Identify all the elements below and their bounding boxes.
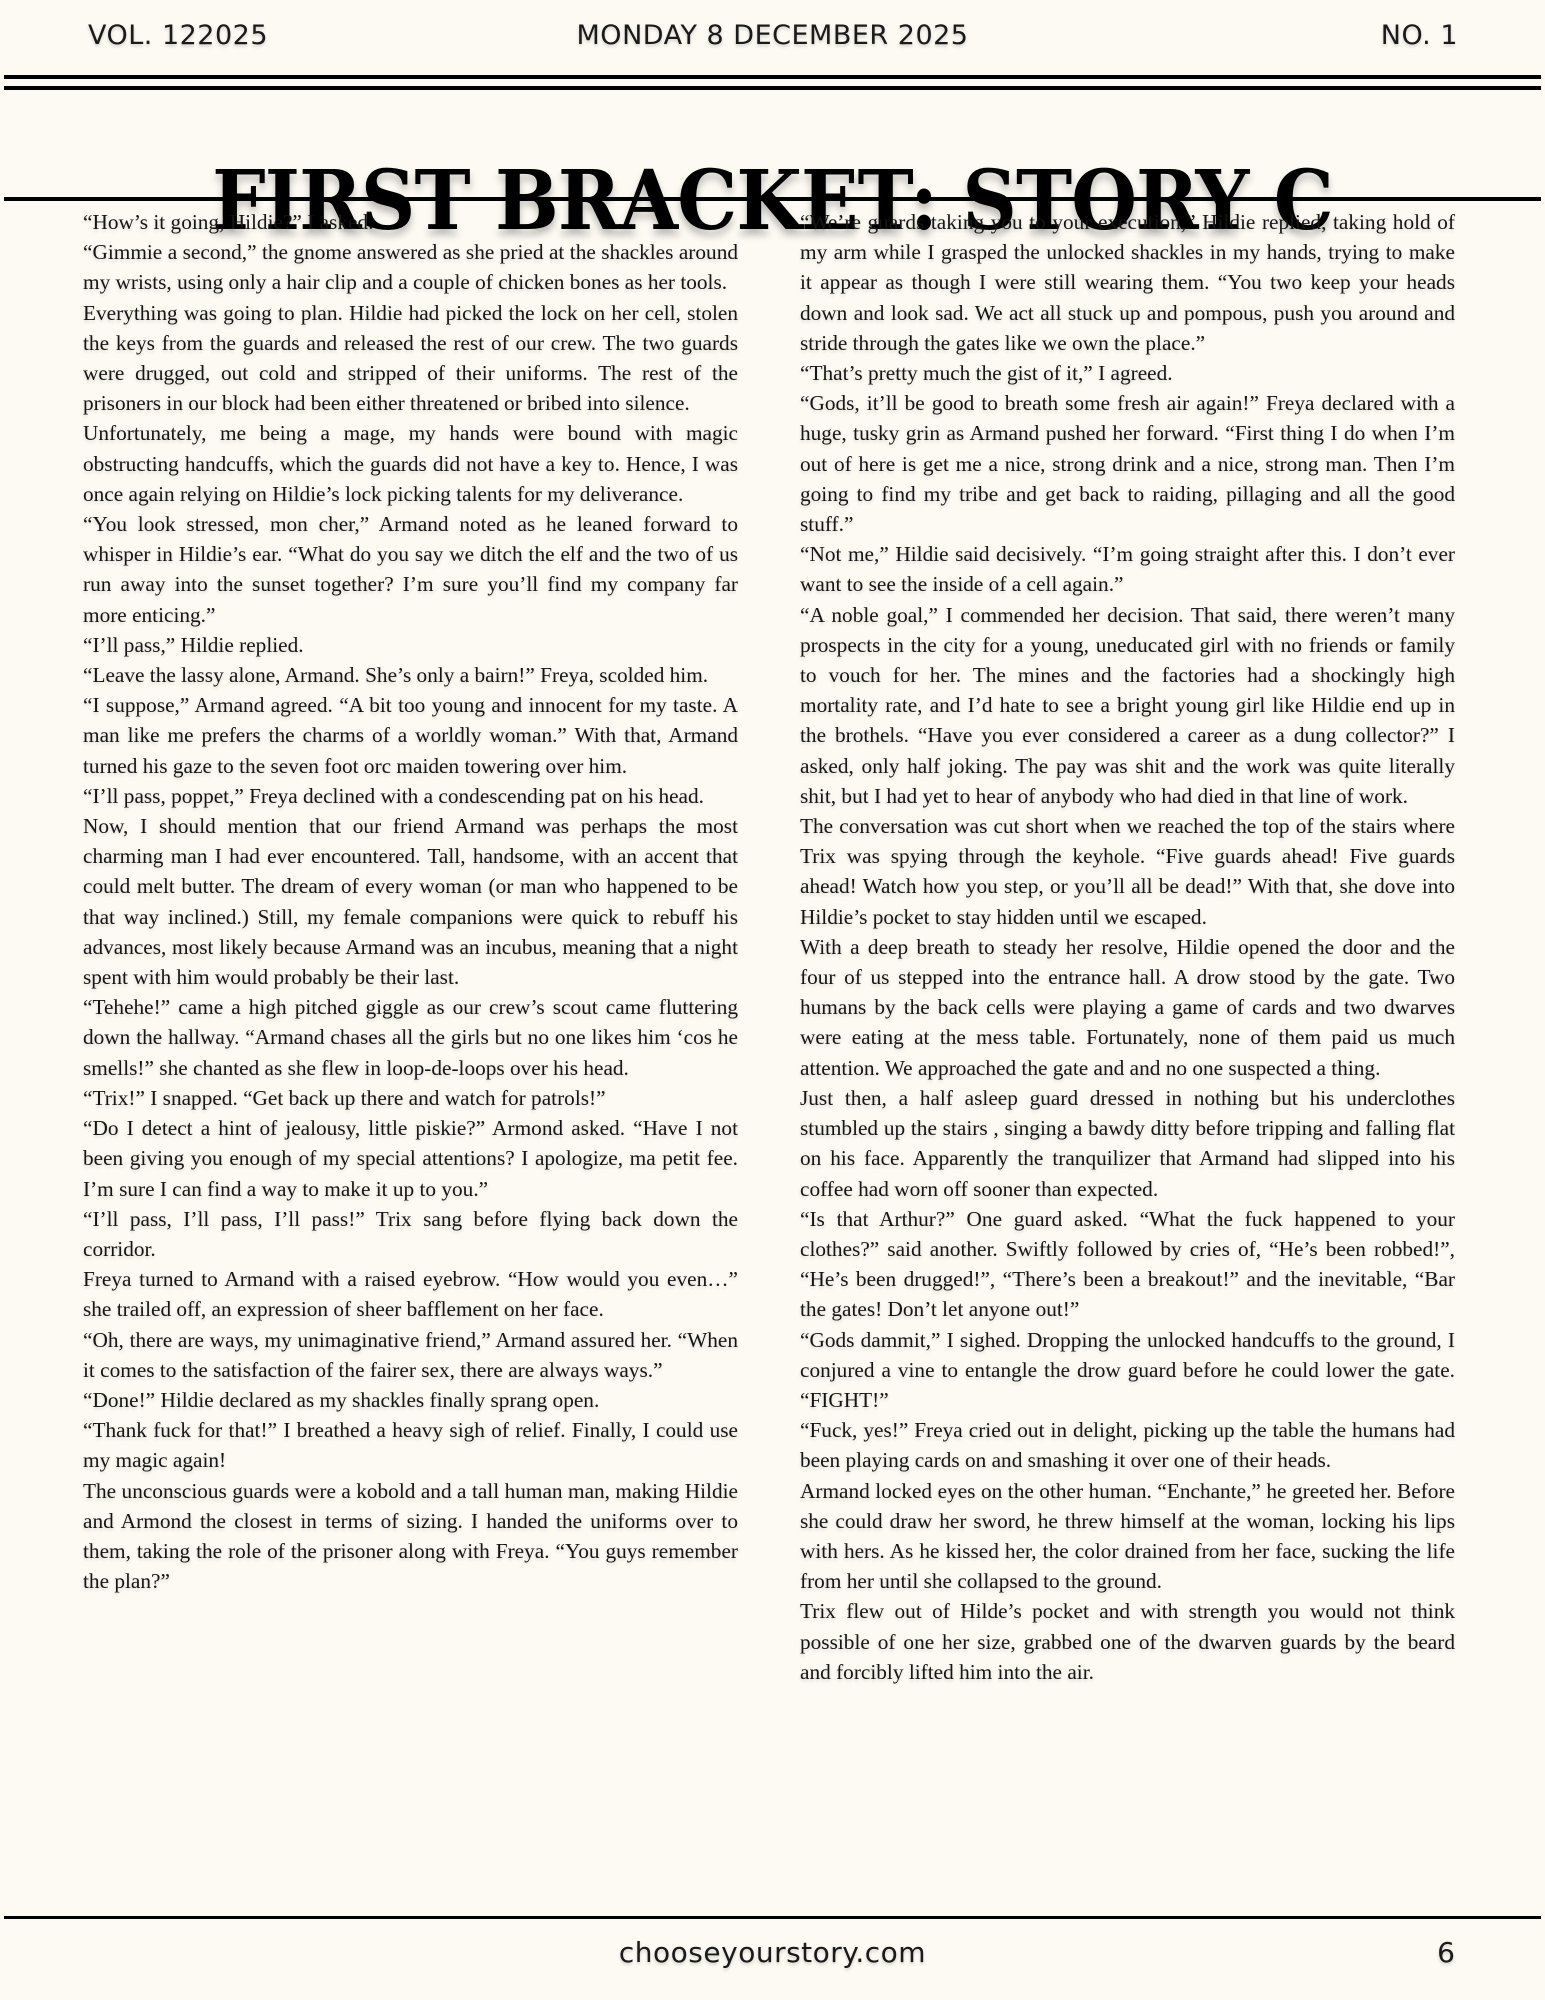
paragraph: With a deep breath to steady her resolve…: [800, 932, 1455, 1083]
paragraph: “Do I detect a hint of jealousy, little …: [83, 1113, 738, 1204]
story-column-left: “How’s it going, Hildie?” I asked. “Gimm…: [83, 207, 738, 1596]
masthead-rule-second: [4, 86, 1541, 90]
paragraph: “Gods, it’ll be good to breath some fres…: [800, 388, 1455, 539]
paragraph: “Trix!” I snapped. “Get back up there an…: [83, 1083, 738, 1113]
issue-number: NO. 1: [1381, 20, 1458, 51]
paragraph: Armand locked eyes on the other human. “…: [800, 1476, 1455, 1597]
page-number: 6: [1437, 1936, 1455, 1969]
paragraph: “I’ll pass, I’ll pass, I’ll pass!” Trix …: [83, 1204, 738, 1264]
masthead-rule-top: [4, 75, 1541, 79]
paragraph: The conversation was cut short when we r…: [800, 811, 1455, 932]
paragraph: “We’re guards taking you to your executi…: [800, 207, 1455, 358]
paragraph: Now, I should mention that our friend Ar…: [83, 811, 738, 992]
headline-rule: [4, 197, 1541, 201]
paragraph: Unfortunately, me being a mage, my hands…: [83, 418, 738, 509]
paragraph: “Tehehe!” came a high pitched giggle as …: [83, 992, 738, 1083]
paragraph: “A noble goal,” I commended her decision…: [800, 600, 1455, 811]
paragraph: “Gods dammit,” I sighed. Dropping the un…: [800, 1325, 1455, 1416]
paragraph: “Gimmie a second,” the gnome answered as…: [83, 237, 738, 297]
issue-date: MONDAY 8 DECEMBER 2025: [0, 20, 1545, 51]
paragraph: “How’s it going, Hildie?” I asked.: [83, 207, 738, 237]
footer-rule: [4, 1916, 1541, 1919]
paragraph: “Thank fuck for that!” I breathed a heav…: [83, 1415, 738, 1475]
paragraph: Trix flew out of Hilde’s pocket and with…: [800, 1596, 1455, 1687]
masthead: VOL. 122025 MONDAY 8 DECEMBER 2025 NO. 1: [0, 20, 1545, 60]
footer-site-link[interactable]: chooseyourstory.com: [0, 1936, 1545, 1969]
paragraph: “Done!” Hildie declared as my shackles f…: [83, 1385, 738, 1415]
paragraph: “Leave the lassy alone, Armand. She’s on…: [83, 660, 738, 690]
paragraph: Just then, a half asleep guard dressed i…: [800, 1083, 1455, 1204]
story-column-right: “We’re guards taking you to your executi…: [800, 207, 1455, 1687]
paragraph: “I suppose,” Armand agreed. “A bit too y…: [83, 690, 738, 781]
paragraph: Everything was going to plan. Hildie had…: [83, 298, 738, 419]
paragraph: “That’s pretty much the gist of it,” I a…: [800, 358, 1455, 388]
paragraph: “Is that Arthur?” One guard asked. “What…: [800, 1204, 1455, 1325]
paragraph: The unconscious guards were a kobold and…: [83, 1476, 738, 1597]
paragraph: “Not me,” Hildie said decisively. “I’m g…: [800, 539, 1455, 599]
paragraph: “Oh, there are ways, my unimaginative fr…: [83, 1325, 738, 1385]
paragraph: “I’ll pass, poppet,” Freya declined with…: [83, 781, 738, 811]
paragraph: “Fuck, yes!” Freya cried out in delight,…: [800, 1415, 1455, 1475]
paragraph: Freya turned to Armand with a raised eye…: [83, 1264, 738, 1324]
paragraph: “You look stressed, mon cher,” Armand no…: [83, 509, 738, 630]
paragraph: “I’ll pass,” Hildie replied.: [83, 630, 738, 660]
